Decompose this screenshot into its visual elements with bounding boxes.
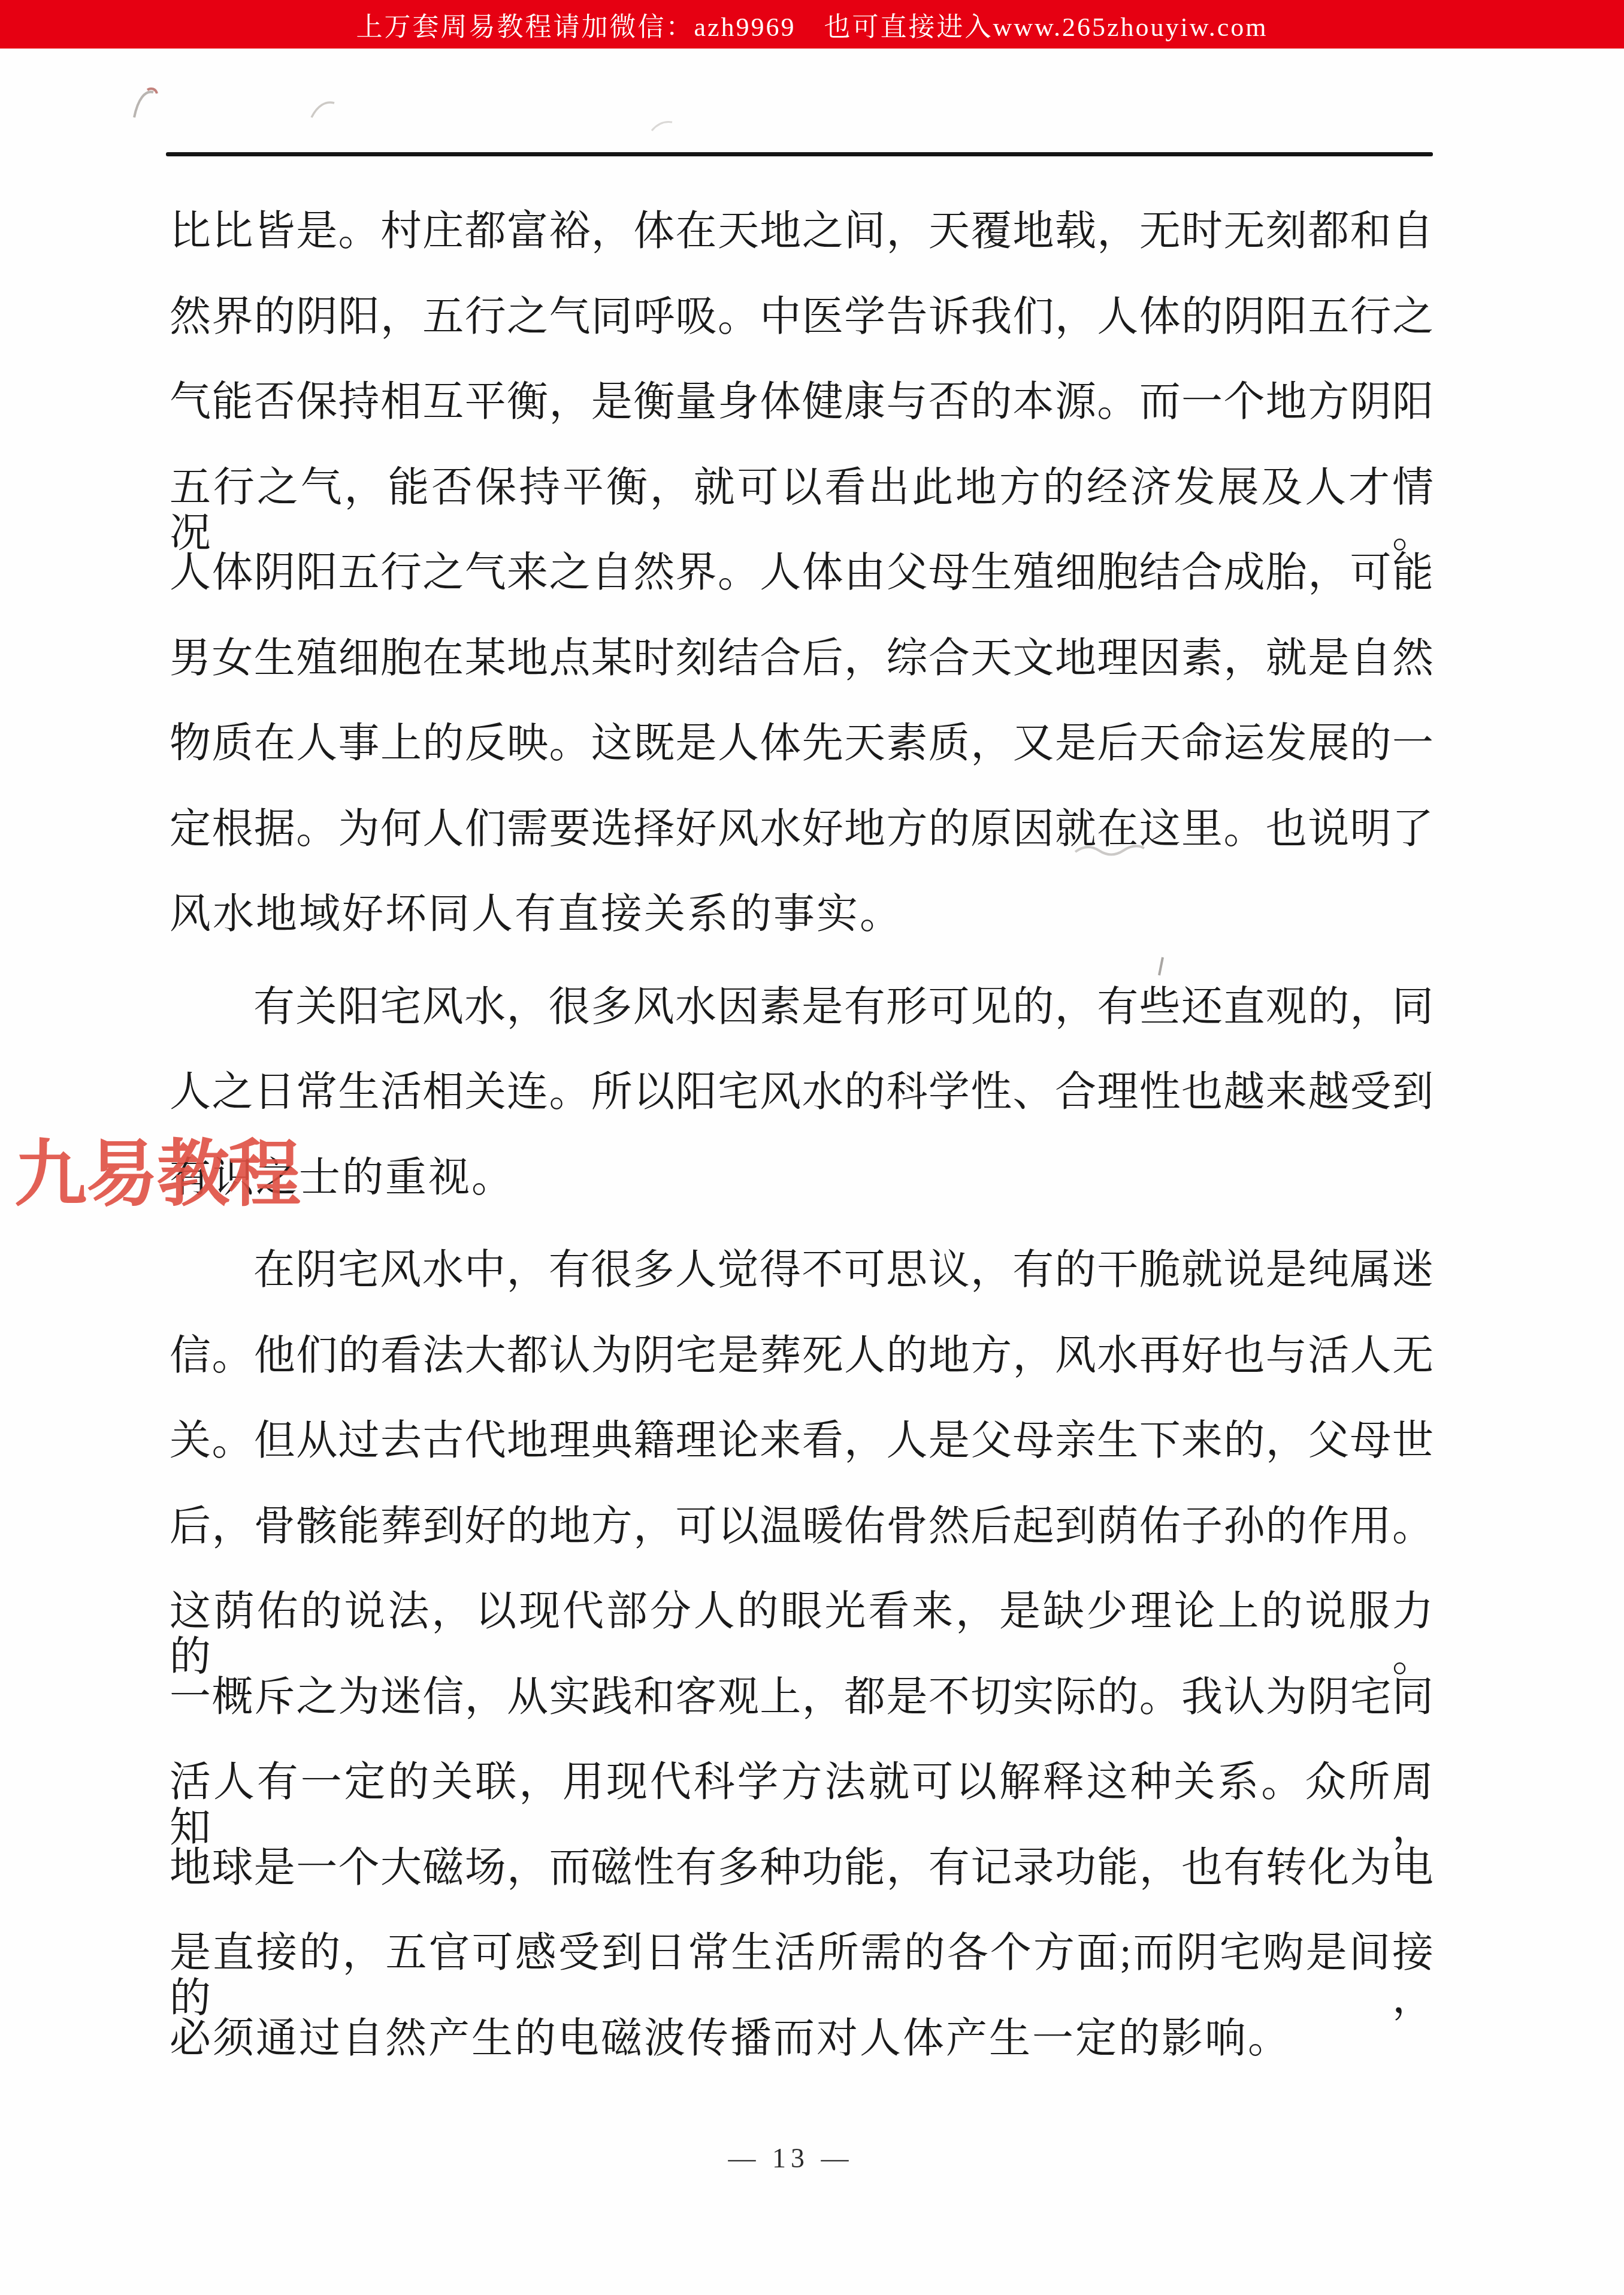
text-line: 物质在人事上的反映。这既是人体先天素质，又是后天命运发展的一 [170, 721, 1434, 787]
text-line: 这荫佑的说法，以现代部分人的眼光看来，是缺少理论上的说服力的。 [170, 1589, 1434, 1655]
text-line: 一概斥之为迷信，从实践和客观上，都是不切实际的。我认为阴宅同 [170, 1675, 1434, 1741]
text-line: 气能否保持相互平衡，是衡量身体健康与否的本源。而一个地方阴阳 [170, 380, 1434, 446]
text-line: 是直接的，五官可感受到日常生活所需的各个方面;而阴宅购是间接的， [170, 1931, 1434, 1997]
text-line: 风水地域好坏同人有直接关系的事实。 [170, 892, 1434, 958]
pencil-mark [647, 113, 677, 137]
text-line: 有识之士的重视。 [170, 1156, 1434, 1221]
text-line: 五行之气，能否保持平衡，就可以看出此地方的经济发展及人才情况。 [170, 465, 1434, 531]
text-line: 定根据。为何人们需要选择好风水好地方的原因就在这里。也说明了 [170, 807, 1434, 873]
text-line: 男女生殖细胞在某地点某时刻结合后，综合天文地理因素，就是自然 [170, 636, 1434, 702]
pencil-mark [306, 91, 341, 127]
page-number: — 13 — [0, 2142, 1581, 2174]
pencil-mark [127, 83, 169, 125]
text-line: 然界的阴阳，五行之气同呼吸。中医学告诉我们，人体的阴阳五行之 [170, 295, 1434, 361]
text-line: 信。他们的看法大都认为阴宅是葬死人的地方，风水再好也与活人无 [170, 1334, 1434, 1399]
scanned-book-page: 上万套周易教程请加微信：azh9969 也可直接进入www.265zhouyiw… [0, 0, 1624, 2295]
text-line: 在阴宅风水中，有很多人觉得不可思议，有的干脆就说是纯属迷 [170, 1248, 1434, 1314]
promo-banner: 上万套周易教程请加微信：azh9969 也可直接进入www.265zhouyiw… [0, 0, 1624, 49]
text-line: 活人有一定的关联，用现代科学方法就可以解释这种关系。众所周知， [170, 1760, 1434, 1826]
header-rule [166, 152, 1433, 156]
text-line: 后，骨骸能葬到好的地方，可以温暖佑骨然后起到荫佑子孙的作用。 [170, 1504, 1434, 1570]
text-line: 地球是一个大磁场，而磁性有多种功能，有记录功能，也有转化为电 [170, 1846, 1434, 1912]
text-line: 人体阴阳五行之气来之自然界。人体由父母生殖细胞结合成胎，可能 [170, 551, 1434, 616]
promo-banner-text: 上万套周易教程请加微信：azh9969 也可直接进入www.265zhouyiw… [356, 5, 1268, 44]
text-line: 有关阳宅风水，很多风水因素是有形可见的，有些还直观的，同 [170, 985, 1434, 1051]
text-line: 人之日常生活相关连。所以阳宅风水的科学性、合理性也越来越受到 [170, 1070, 1434, 1136]
text-line: 比比皆是。村庄都富裕，体在天地之间，天覆地载，无时无刻都和自 [170, 209, 1434, 275]
site-watermark: 九易教程 [14, 1115, 300, 1220]
text-line: 必须通过自然产生的电磁波传播而对人体产生一定的影响。 [170, 2016, 1434, 2082]
text-line: 关。但从过去古代地理典籍理论来看，人是父母亲生下来的，父母世 [170, 1419, 1434, 1484]
